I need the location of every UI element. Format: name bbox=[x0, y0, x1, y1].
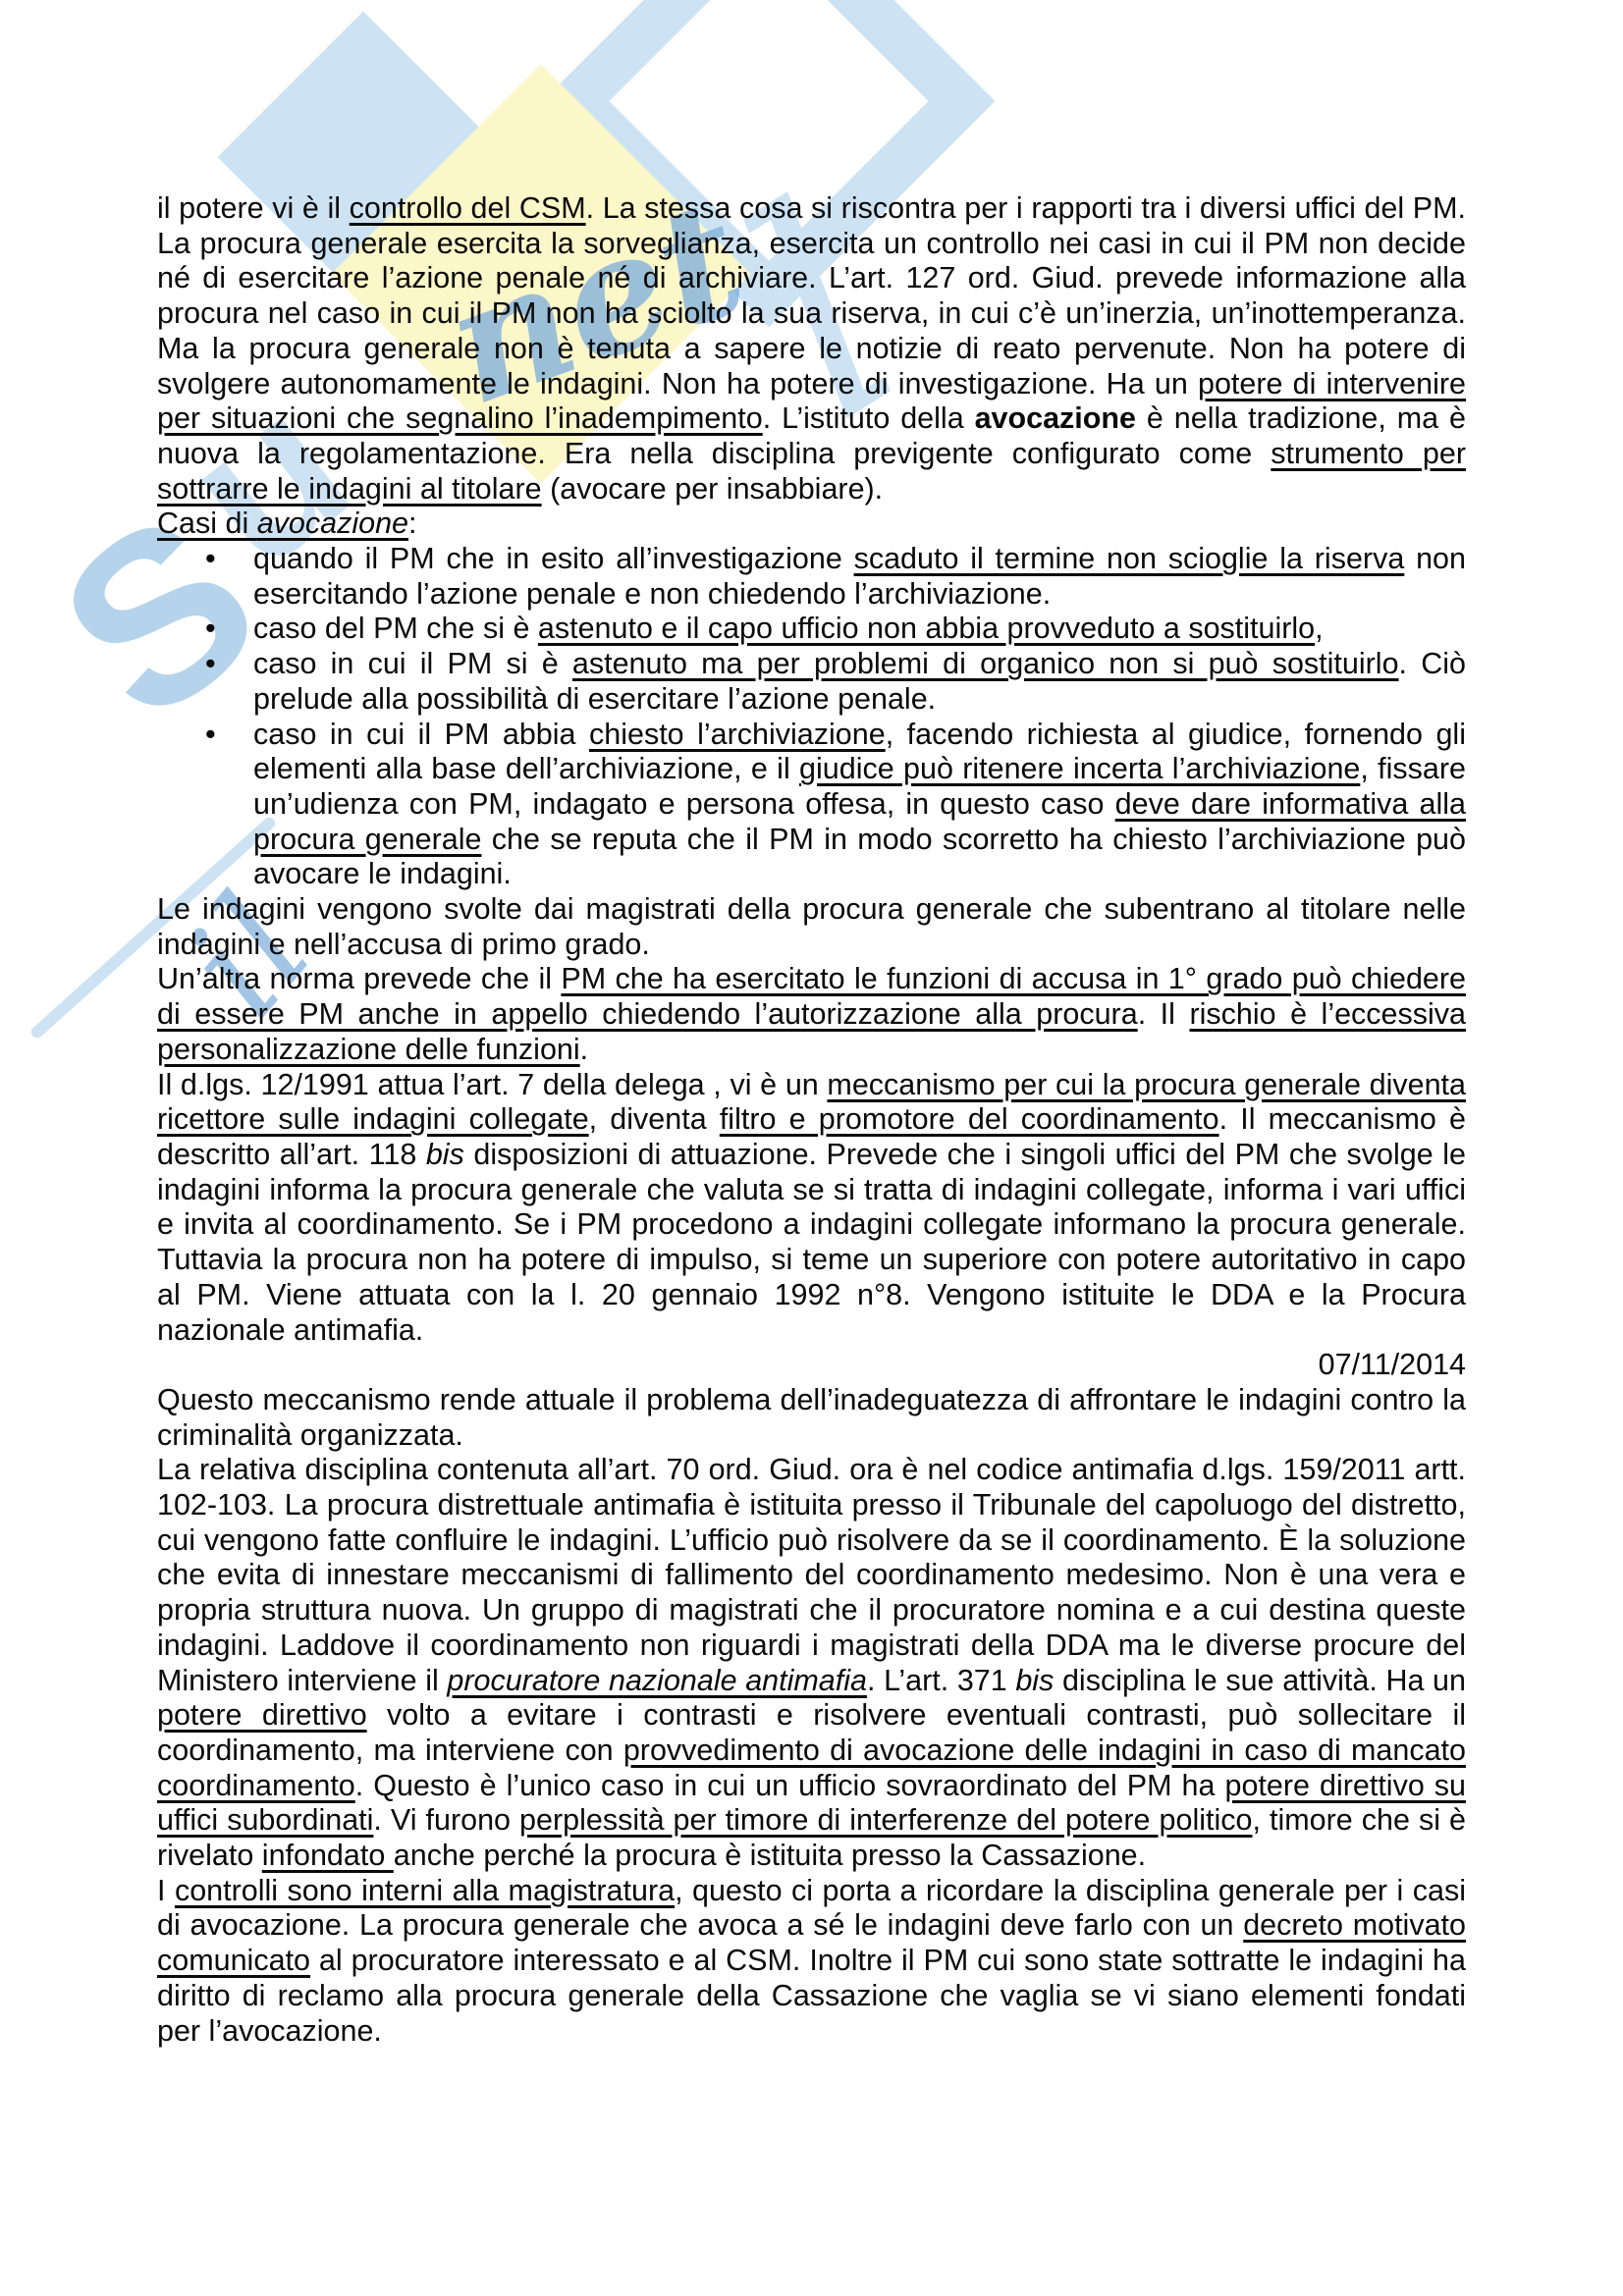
text-run: potere direttivo bbox=[157, 1698, 367, 1732]
text-run: Le indagini vengono svolte dai magistrat… bbox=[157, 892, 1466, 961]
text-run: bis bbox=[1015, 1664, 1054, 1697]
text-run: Casi di bbox=[157, 507, 257, 540]
text-run: anche perché la procura è istituita pres… bbox=[394, 1839, 1146, 1872]
bullet-text: quando il PM che in esito all’investigaz… bbox=[253, 542, 1466, 612]
paragraph: Le indagini vengono svolte dai magistrat… bbox=[157, 892, 1466, 962]
paragraph: La relativa disciplina contenuta all’art… bbox=[157, 1453, 1466, 1873]
date-line: 07/11/2014 bbox=[157, 1348, 1466, 1383]
paragraph: Un’altra norma prevede che il PM che ha … bbox=[157, 962, 1466, 1067]
text-run: caso del PM che si è bbox=[253, 612, 538, 645]
document-content: il potere vi è il controllo del CSM. La … bbox=[157, 191, 1466, 2049]
text-run: . Il bbox=[1138, 997, 1190, 1031]
text-run: perplessità per timore di interferenze d… bbox=[519, 1803, 1252, 1837]
text-run: (avocare per insabbiare). bbox=[542, 472, 884, 506]
text-run: . L’art. 371 bbox=[867, 1664, 1015, 1697]
text-run: caso in cui il PM si è bbox=[253, 647, 572, 680]
paragraph: il potere vi è il controllo del CSM. La … bbox=[157, 191, 1466, 507]
text-run: scaduto il termine non scioglie la riser… bbox=[854, 542, 1405, 575]
text-run: Un’altra norma prevede che il bbox=[157, 962, 561, 995]
bullet-marker: • bbox=[205, 647, 253, 717]
text-run: avocazione bbox=[975, 401, 1136, 435]
text-run: procuratore nazionale antimafia bbox=[447, 1664, 867, 1697]
text-run: . L’istituto della bbox=[763, 401, 975, 435]
text-run: bis bbox=[426, 1138, 464, 1171]
bullet-marker: • bbox=[205, 542, 253, 612]
bullet-item: •quando il PM che in esito all’investiga… bbox=[157, 542, 1466, 612]
bullet-text: caso in cui il PM si è astenuto ma per p… bbox=[253, 647, 1466, 717]
bullet-text: caso in cui il PM abbia chiesto l’archiv… bbox=[253, 718, 1466, 893]
paragraph: I controlli sono interni alla magistratu… bbox=[157, 1874, 1466, 2050]
text-run: controlli sono interni alla magistratura bbox=[175, 1874, 675, 1907]
text-run: disciplina le sue attività. Ha un bbox=[1054, 1664, 1466, 1697]
text-run: astenuto ma per problemi di organico non… bbox=[572, 647, 1399, 680]
text-run: astenuto e il capo ufficio non abbia pro… bbox=[538, 612, 1315, 645]
document-page: l net u S il il potere vi è il controllo… bbox=[0, 0, 1623, 2296]
text-run: . Questo è l’unico caso in cui un uffici… bbox=[355, 1769, 1225, 1802]
text-run: quando il PM che in esito all’investigaz… bbox=[253, 542, 854, 575]
text-run: : bbox=[408, 507, 416, 540]
paragraph: Casi di avocazione: bbox=[157, 507, 1466, 542]
text-run: Il d.lgs. 12/1991 attua l’art. 7 della d… bbox=[157, 1068, 827, 1101]
text-run: , bbox=[1315, 612, 1323, 645]
text-run: Questo meccanismo rende attuale il probl… bbox=[157, 1383, 1466, 1452]
paragraph: Il d.lgs. 12/1991 attua l’art. 7 della d… bbox=[157, 1068, 1466, 1349]
text-run: caso in cui il PM abbia bbox=[253, 718, 589, 751]
text-run: controllo del CSM bbox=[350, 191, 586, 225]
bullet-marker: • bbox=[205, 718, 253, 893]
text-run: . bbox=[580, 1033, 588, 1066]
bullet-item: •caso in cui il PM si è astenuto ma per … bbox=[157, 647, 1466, 717]
bullet-marker: • bbox=[205, 612, 253, 647]
text-run: il potere vi è il bbox=[157, 191, 350, 225]
text-run: , diventa bbox=[589, 1102, 720, 1136]
bullet-text: caso del PM che si è astenuto e il capo … bbox=[253, 612, 1466, 647]
text-run: I bbox=[157, 1874, 175, 1907]
text-run: giudice può ritenere incerta l’archiviaz… bbox=[799, 752, 1360, 785]
text-run: . Vi furono bbox=[373, 1803, 519, 1837]
bullet-item: •caso in cui il PM abbia chiesto l’archi… bbox=[157, 718, 1466, 893]
text-run: chiesto l’archiviazione bbox=[589, 718, 886, 751]
text-run: avocazione bbox=[257, 507, 408, 540]
text-run: infondato bbox=[262, 1839, 394, 1872]
text-run: 07/11/2014 bbox=[1319, 1348, 1466, 1381]
paragraph: Questo meccanismo rende attuale il probl… bbox=[157, 1383, 1466, 1453]
text-run: al procuratore interessato e al CSM. Ino… bbox=[157, 1944, 1466, 2047]
text-run: filtro e promotore del coordinamento bbox=[720, 1102, 1219, 1136]
text-run: La relativa disciplina contenuta all’art… bbox=[157, 1453, 1466, 1696]
bullet-item: •caso del PM che si è astenuto e il capo… bbox=[157, 612, 1466, 647]
